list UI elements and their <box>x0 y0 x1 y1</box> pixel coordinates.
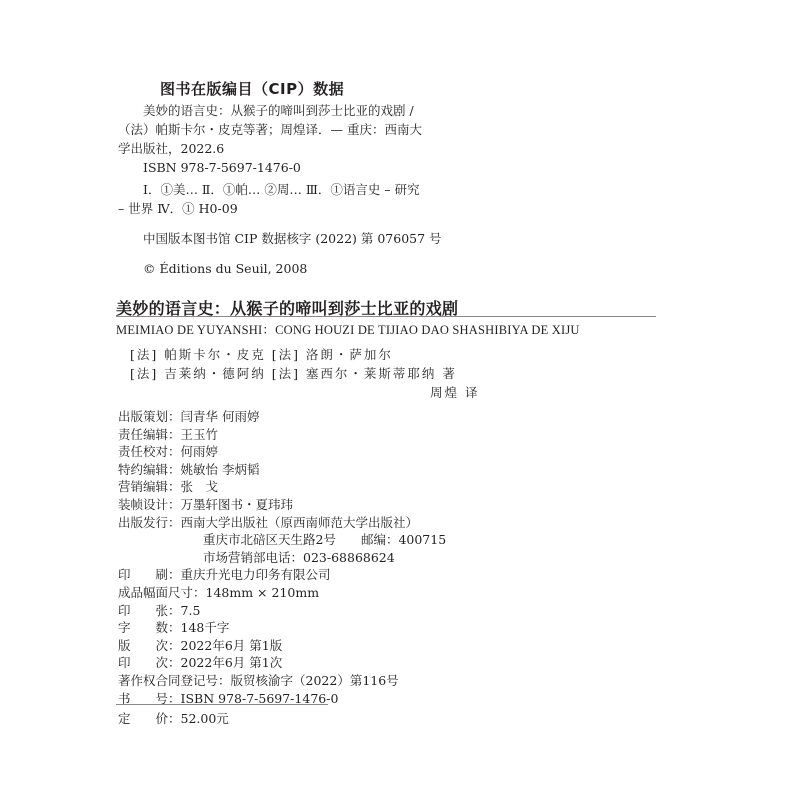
credit-row-phone: 市场营销部电话：023-68868624 <box>118 549 446 567</box>
credit-row: 责任编辑：王玉竹 <box>118 426 446 444</box>
cip-line: 学出版社，2022.6 <box>118 139 422 158</box>
credit-row: 版 次：2022年6月 第1版 <box>118 637 446 655</box>
credit-row: 成品幅面尺寸：148mm × 210mm <box>118 584 446 602</box>
cip-subjects: Ⅰ．①美… Ⅱ．①帕… ②周… Ⅲ．①语言史 – 研究 – 世界 Ⅳ．① H0-… <box>118 180 420 218</box>
credit-value: 2022年6月 第1次 <box>181 654 283 672</box>
credit-value: 重庆升光电力印务有限公司 <box>181 566 331 584</box>
cip-data-number: 中国版本图书馆 CIP 数据核字 (2022) 第 076057 号 <box>118 229 442 248</box>
credit-label: 责任校对： <box>118 443 181 461</box>
cip-line: ISBN 978-7-5697-1476-0 <box>118 158 422 177</box>
credit-row: 印 张：7.5 <box>118 602 446 620</box>
credit-label: 印 次： <box>118 654 181 672</box>
credit-value: 张 戈 <box>181 478 219 496</box>
credit-row: 出版策划：闫青华 何雨婷 <box>118 408 446 426</box>
cip-subject-line: Ⅰ．①美… Ⅱ．①帕… ②周… Ⅲ．①语言史 – 研究 <box>118 180 420 199</box>
price-label: 定 价： <box>118 711 181 726</box>
credit-value: 姚敏怡 李炳韬 <box>181 461 260 479</box>
credit-label: 特约编辑： <box>118 461 181 479</box>
credit-value: 市场营销部电话：023-68868624 <box>203 549 395 567</box>
title-divider <box>116 316 656 317</box>
cip-subject-line: – 世界 Ⅳ．① H0-09 <box>118 199 420 218</box>
translator: 周煌 译 <box>430 383 479 401</box>
credit-row: 著作权合同登记号：版贸核渝字（2022）第116号 <box>118 672 446 690</box>
credit-row: 特约编辑：姚敏怡 李炳韬 <box>118 461 446 479</box>
credit-label: 版 次： <box>118 637 181 655</box>
price-value: 52.00元 <box>181 711 229 726</box>
credit-value: 万墨轩图书・夏玮玮 <box>181 496 294 514</box>
credit-row: 营销编辑：张 戈 <box>118 478 446 496</box>
authors-line: [法] 吉莱纳・德阿纳 [法] 塞西尔・莱斯蒂耶纳 著 <box>130 364 457 383</box>
cip-line: （法）帕斯卡尔・皮克等著；周煌译．— 重庆：西南大 <box>118 120 422 139</box>
credit-row: 责任校对：何雨婷 <box>118 443 446 461</box>
credit-value: 重庆市北碚区天生路2号 邮编：400715 <box>203 531 446 549</box>
credit-value: 7.5 <box>181 602 201 620</box>
credit-label: 著作权合同登记号： <box>118 672 231 690</box>
credit-label: 装帧设计： <box>118 496 181 514</box>
credit-value: 148千字 <box>181 619 230 637</box>
cip-heading: 图书在版编目（CIP）数据 <box>160 78 344 99</box>
credit-row: 印 刷：重庆升光电力印务有限公司 <box>118 566 446 584</box>
copyright-notice: © Éditions du Seuil, 2008 <box>118 259 307 278</box>
credit-label: 责任编辑： <box>118 426 181 444</box>
book-title-pinyin: MEIMIAO DE YUYANSHI：CONG HOUZI DE TIJIAO… <box>116 320 580 338</box>
credit-value: 何雨婷 <box>181 443 219 461</box>
authors: [法] 帕斯卡尔・皮克 [法] 洛朗・萨加尔 [法] 吉莱纳・德阿纳 [法] 塞… <box>130 345 457 383</box>
credit-value: 2022年6月 第1版 <box>181 637 283 655</box>
credit-label: 营销编辑： <box>118 478 181 496</box>
price-divider <box>116 704 328 705</box>
credit-row-address: 重庆市北碚区天生路2号 邮编：400715 <box>118 531 446 549</box>
credit-label: 出版策划： <box>118 408 181 426</box>
credit-row: 装帧设计：万墨轩图书・夏玮玮 <box>118 496 446 514</box>
credit-value: 西南大学出版社（原西南师范大学出版社） <box>181 514 419 532</box>
credit-label: 印 张： <box>118 602 181 620</box>
credit-value: 版贸核渝字（2022）第116号 <box>231 672 399 690</box>
credit-label: 成品幅面尺寸： <box>118 584 206 602</box>
credit-label: 出版发行： <box>118 514 181 532</box>
credit-label: 印 刷： <box>118 566 181 584</box>
credit-row: 字 数：148千字 <box>118 619 446 637</box>
credits-block: 出版策划：闫青华 何雨婷 责任编辑：王玉竹 责任校对：何雨婷 特约编辑：姚敏怡 … <box>118 408 446 707</box>
cip-line: 美妙的语言史：从猴子的啼叫到莎士比亚的戏剧 / <box>118 101 422 120</box>
credit-value: 王玉竹 <box>181 426 219 444</box>
credit-row: 印 次：2022年6月 第1次 <box>118 654 446 672</box>
authors-line: [法] 帕斯卡尔・皮克 [法] 洛朗・萨加尔 <box>130 345 457 364</box>
credit-row: 出版发行：西南大学出版社（原西南师范大学出版社） <box>118 514 446 532</box>
price-row: 定 价：52.00元 <box>118 709 229 727</box>
cip-record: 美妙的语言史：从猴子的啼叫到莎士比亚的戏剧 / （法）帕斯卡尔・皮克等著；周煌译… <box>118 101 422 177</box>
credit-label: 字 数： <box>118 619 181 637</box>
credit-value: 闫青华 何雨婷 <box>181 408 260 426</box>
credit-value: 148mm × 210mm <box>206 584 320 602</box>
